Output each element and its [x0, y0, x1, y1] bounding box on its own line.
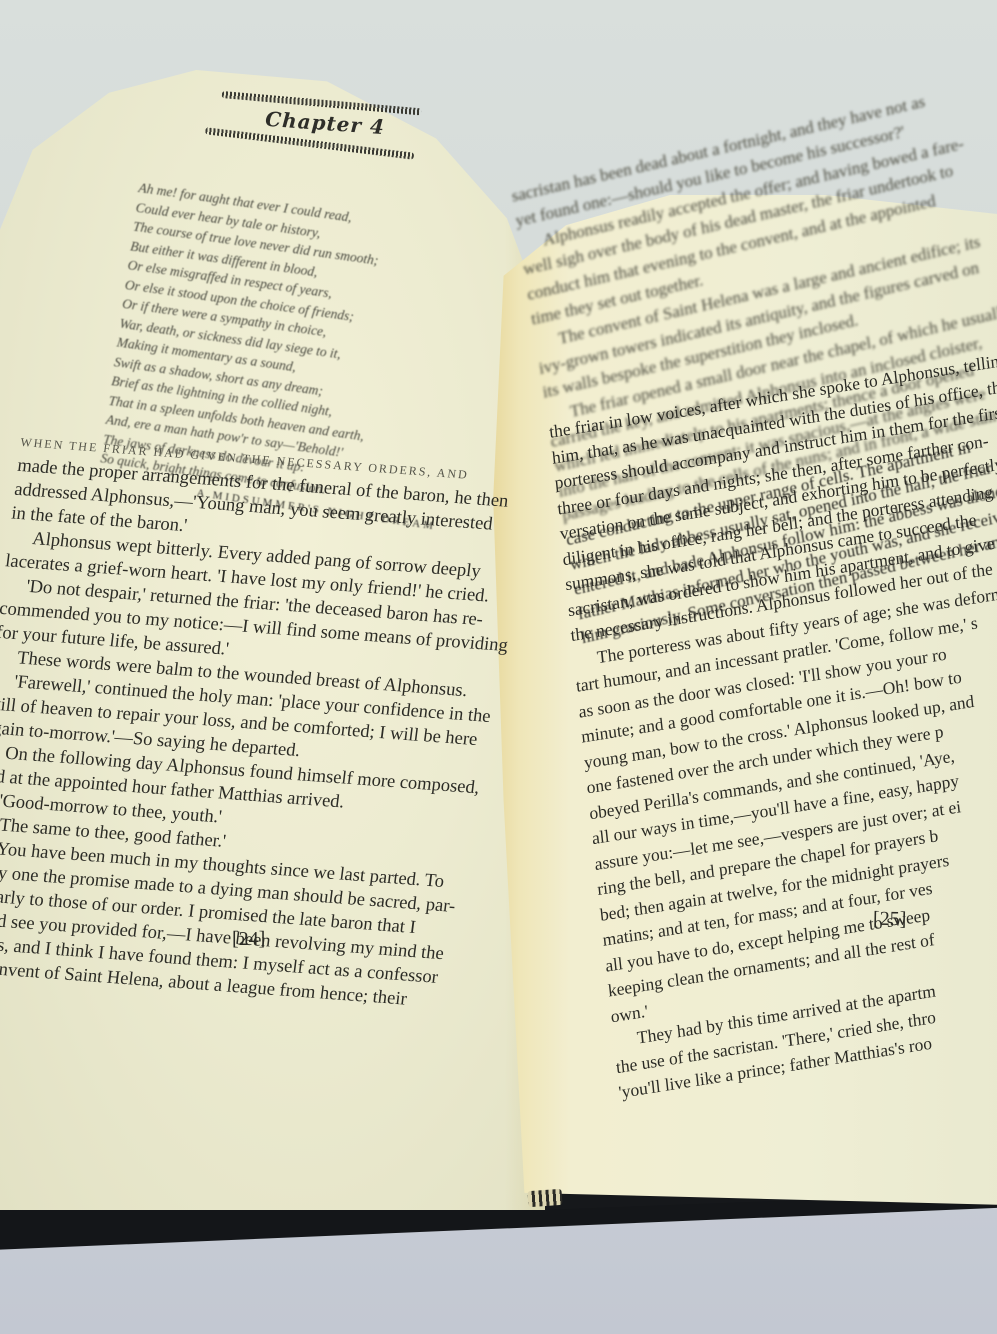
book-headband: [527, 1189, 562, 1207]
page-number-right: [25]: [873, 908, 907, 932]
page-number-left: [24]: [232, 928, 265, 951]
right-page-body-lower: the friar in low voices, after which she…: [548, 347, 997, 1105]
